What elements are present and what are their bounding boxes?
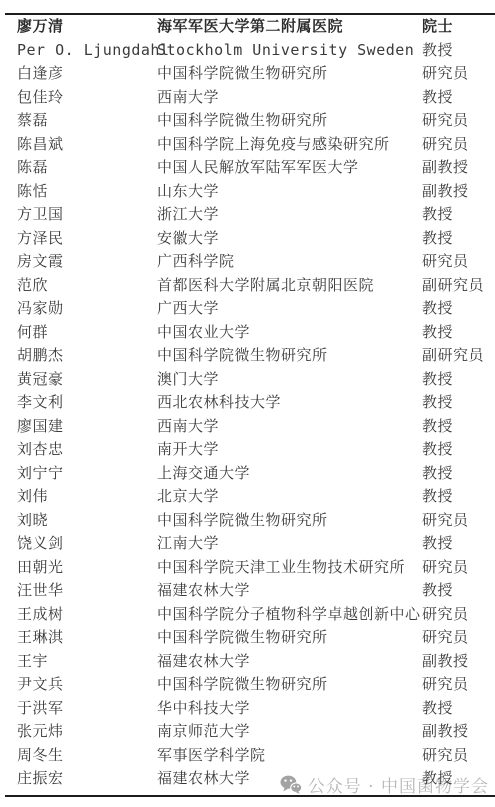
member-name: 廖万清: [0, 19, 157, 34]
table-row: 于洪军 华中科技大学 教授: [0, 697, 495, 721]
member-institution: 福建农林大学: [157, 583, 422, 598]
member-name: 饶义剑: [0, 536, 157, 551]
member-institution: 南开大学: [157, 442, 422, 457]
table-row: 范欣 首都医科大学附属北京朝阳医院 副研究员: [0, 274, 495, 298]
member-title: 研究员: [422, 66, 495, 81]
member-title: 教授: [422, 325, 495, 340]
member-institution: 中国农业大学: [157, 325, 422, 340]
member-institution: 中国科学院微生物研究所: [157, 513, 422, 528]
member-name: 陈昌斌: [0, 137, 157, 152]
document-page: 公众号 · 中国菌物学会 廖万清 海军军医大学第二附属医院 院士 Per O. …: [0, 0, 495, 807]
member-institution: 江南大学: [157, 536, 422, 551]
member-title: 副教授: [422, 724, 495, 739]
member-title: 研究员: [422, 677, 495, 692]
member-title: 副教授: [422, 160, 495, 175]
member-title: 副研究员: [422, 278, 495, 293]
member-title: 研究员: [422, 254, 495, 269]
member-name: 李文利: [0, 395, 157, 410]
table-row: 蔡磊 中国科学院微生物研究所 研究员: [0, 109, 495, 133]
member-title: 研究员: [422, 607, 495, 622]
table-row: 白逢彦 中国科学院微生物研究所 研究员: [0, 62, 495, 86]
member-title: 教授: [422, 419, 495, 434]
table-row: 王琳淇 中国科学院微生物研究所 研究员: [0, 626, 495, 650]
member-institution: 安徽大学: [157, 231, 422, 246]
member-name: 庄振宏: [0, 771, 157, 786]
member-title: 教授: [422, 395, 495, 410]
member-title: 教授: [422, 207, 495, 222]
member-institution: 西北农林科技大学: [157, 395, 422, 410]
table-row: 李文利 西北农林科技大学 教授: [0, 391, 495, 415]
table-row: 包佳玲 西南大学 教授: [0, 86, 495, 110]
member-institution: 首都医科大学附属北京朝阳医院: [157, 278, 422, 293]
member-title: 副研究员: [422, 348, 495, 363]
member-name: 包佳玲: [0, 90, 157, 105]
member-title: 研究员: [422, 630, 495, 645]
member-institution: 浙江大学: [157, 207, 422, 222]
table-row: 庄振宏 福建农林大学 教授: [0, 767, 495, 791]
member-institution: 广西大学: [157, 301, 422, 316]
table-row: 冯家勋 广西大学 教授: [0, 297, 495, 321]
member-institution: 广西科学院: [157, 254, 422, 269]
member-name: 尹文兵: [0, 677, 157, 692]
member-name: 王琳淇: [0, 630, 157, 645]
member-title: 教授: [422, 43, 495, 58]
member-institution: 山东大学: [157, 184, 422, 199]
member-title: 研究员: [422, 560, 495, 575]
member-institution: 南京师范大学: [157, 724, 422, 739]
table-row: 何群 中国农业大学 教授: [0, 321, 495, 345]
member-institution: 中国科学院微生物研究所: [157, 630, 422, 645]
member-name: 房文霞: [0, 254, 157, 269]
table-row: 尹文兵 中国科学院微生物研究所 研究员: [0, 673, 495, 697]
member-title: 教授: [422, 701, 495, 716]
member-institution: 福建农林大学: [157, 771, 422, 786]
member-name: 张元炜: [0, 724, 157, 739]
table-row: 房文霞 广西科学院 研究员: [0, 250, 495, 274]
table-row: 廖国建 西南大学 教授: [0, 415, 495, 439]
member-name: 刘晓: [0, 513, 157, 528]
member-title: 研究员: [422, 748, 495, 763]
member-institution: 海军军医大学第二附属医院: [157, 19, 422, 34]
member-title: 研究员: [422, 113, 495, 128]
member-name: 胡鹏杰: [0, 348, 157, 363]
member-name: 刘杏忠: [0, 442, 157, 457]
member-institution: 西南大学: [157, 419, 422, 434]
table-row: 刘晓 中国科学院微生物研究所 研究员: [0, 509, 495, 533]
member-title: 教授: [422, 466, 495, 481]
member-institution: 中国人民解放军陆军军医大学: [157, 160, 422, 175]
member-name: 刘宁宁: [0, 466, 157, 481]
member-institution: 上海交通大学: [157, 466, 422, 481]
member-institution: 中国科学院上海免疫与感染研究所: [157, 137, 422, 152]
member-name: 田朝光: [0, 560, 157, 575]
table-row: 王宇 福建农林大学 副教授: [0, 650, 495, 674]
member-title: 教授: [422, 583, 495, 598]
member-name: 蔡磊: [0, 113, 157, 128]
table-row: 饶义剑 江南大学 教授: [0, 532, 495, 556]
table-row: 周冬生 军事医学科学院 研究员: [0, 744, 495, 768]
table-row: 陈磊 中国人民解放军陆军军医大学 副教授: [0, 156, 495, 180]
table-row: 刘伟 北京大学 教授: [0, 485, 495, 509]
member-institution: 北京大学: [157, 489, 422, 504]
member-name: 刘伟: [0, 489, 157, 504]
table-row: Per O. Ljungdahl Stockholm University Sw…: [0, 39, 495, 63]
member-title: 院士: [422, 19, 495, 34]
member-title: 教授: [422, 90, 495, 105]
member-name: 周冬生: [0, 748, 157, 763]
table-row: 陈恬 山东大学 副教授: [0, 180, 495, 204]
table-row: 廖万清 海军军医大学第二附属医院 院士: [0, 15, 495, 39]
member-title: 教授: [422, 372, 495, 387]
member-institution: 中国科学院微生物研究所: [157, 348, 422, 363]
member-title: 研究员: [422, 137, 495, 152]
member-institution: 华中科技大学: [157, 701, 422, 716]
table-row: 胡鹏杰 中国科学院微生物研究所 副研究员: [0, 344, 495, 368]
table-row: 田朝光 中国科学院天津工业生物技术研究所 研究员: [0, 556, 495, 580]
member-name: 黄冠豪: [0, 372, 157, 387]
table-row: 刘宁宁 上海交通大学 教授: [0, 462, 495, 486]
table-row: 陈昌斌 中国科学院上海免疫与感染研究所 研究员: [0, 133, 495, 157]
member-name: 范欣: [0, 278, 157, 293]
member-name: 陈恬: [0, 184, 157, 199]
member-institution: 西南大学: [157, 90, 422, 105]
table-row: 方卫国 浙江大学 教授: [0, 203, 495, 227]
member-name: 白逢彦: [0, 66, 157, 81]
table-row: 刘杏忠 南开大学 教授: [0, 438, 495, 462]
member-title: 副教授: [422, 184, 495, 199]
member-institution: 中国科学院微生物研究所: [157, 66, 422, 81]
member-name: 方泽民: [0, 231, 157, 246]
table-row: 张元炜 南京师范大学 副教授: [0, 720, 495, 744]
member-title: 教授: [422, 771, 495, 786]
table-row: 汪世华 福建农林大学 教授: [0, 579, 495, 603]
member-name: 何群: [0, 325, 157, 340]
member-institution: 中国科学院微生物研究所: [157, 113, 422, 128]
member-name: 冯家勋: [0, 301, 157, 316]
member-title: 研究员: [422, 513, 495, 528]
member-name: 陈磊: [0, 160, 157, 175]
member-institution: 中国科学院天津工业生物技术研究所: [157, 560, 422, 575]
member-institution: 福建农林大学: [157, 654, 422, 669]
member-institution: 澳门大学: [157, 372, 422, 387]
member-name: 王宇: [0, 654, 157, 669]
member-title: 教授: [422, 536, 495, 551]
members-table: 廖万清 海军军医大学第二附属医院 院士 Per O. Ljungdahl Sto…: [0, 15, 495, 791]
member-name: 廖国建: [0, 419, 157, 434]
table-row: 黄冠豪 澳门大学 教授: [0, 368, 495, 392]
member-name: 方卫国: [0, 207, 157, 222]
member-institution: 中国科学院分子植物科学卓越创新中心: [157, 607, 422, 622]
member-title: 副教授: [422, 654, 495, 669]
member-name: Per O. Ljungdahl: [0, 43, 157, 58]
member-name: 于洪军: [0, 701, 157, 716]
member-title: 教授: [422, 442, 495, 457]
member-title: 教授: [422, 489, 495, 504]
member-institution: 中国科学院微生物研究所: [157, 677, 422, 692]
table-row: 王成树 中国科学院分子植物科学卓越创新中心 研究员: [0, 603, 495, 627]
member-title: 教授: [422, 231, 495, 246]
member-title: 教授: [422, 301, 495, 316]
table-row: 方泽民 安徽大学 教授: [0, 227, 495, 251]
member-name: 王成树: [0, 607, 157, 622]
member-name: 汪世华: [0, 583, 157, 598]
member-institution: 军事医学科学院: [157, 748, 422, 763]
member-institution: Stockholm University Sweden: [157, 43, 422, 58]
